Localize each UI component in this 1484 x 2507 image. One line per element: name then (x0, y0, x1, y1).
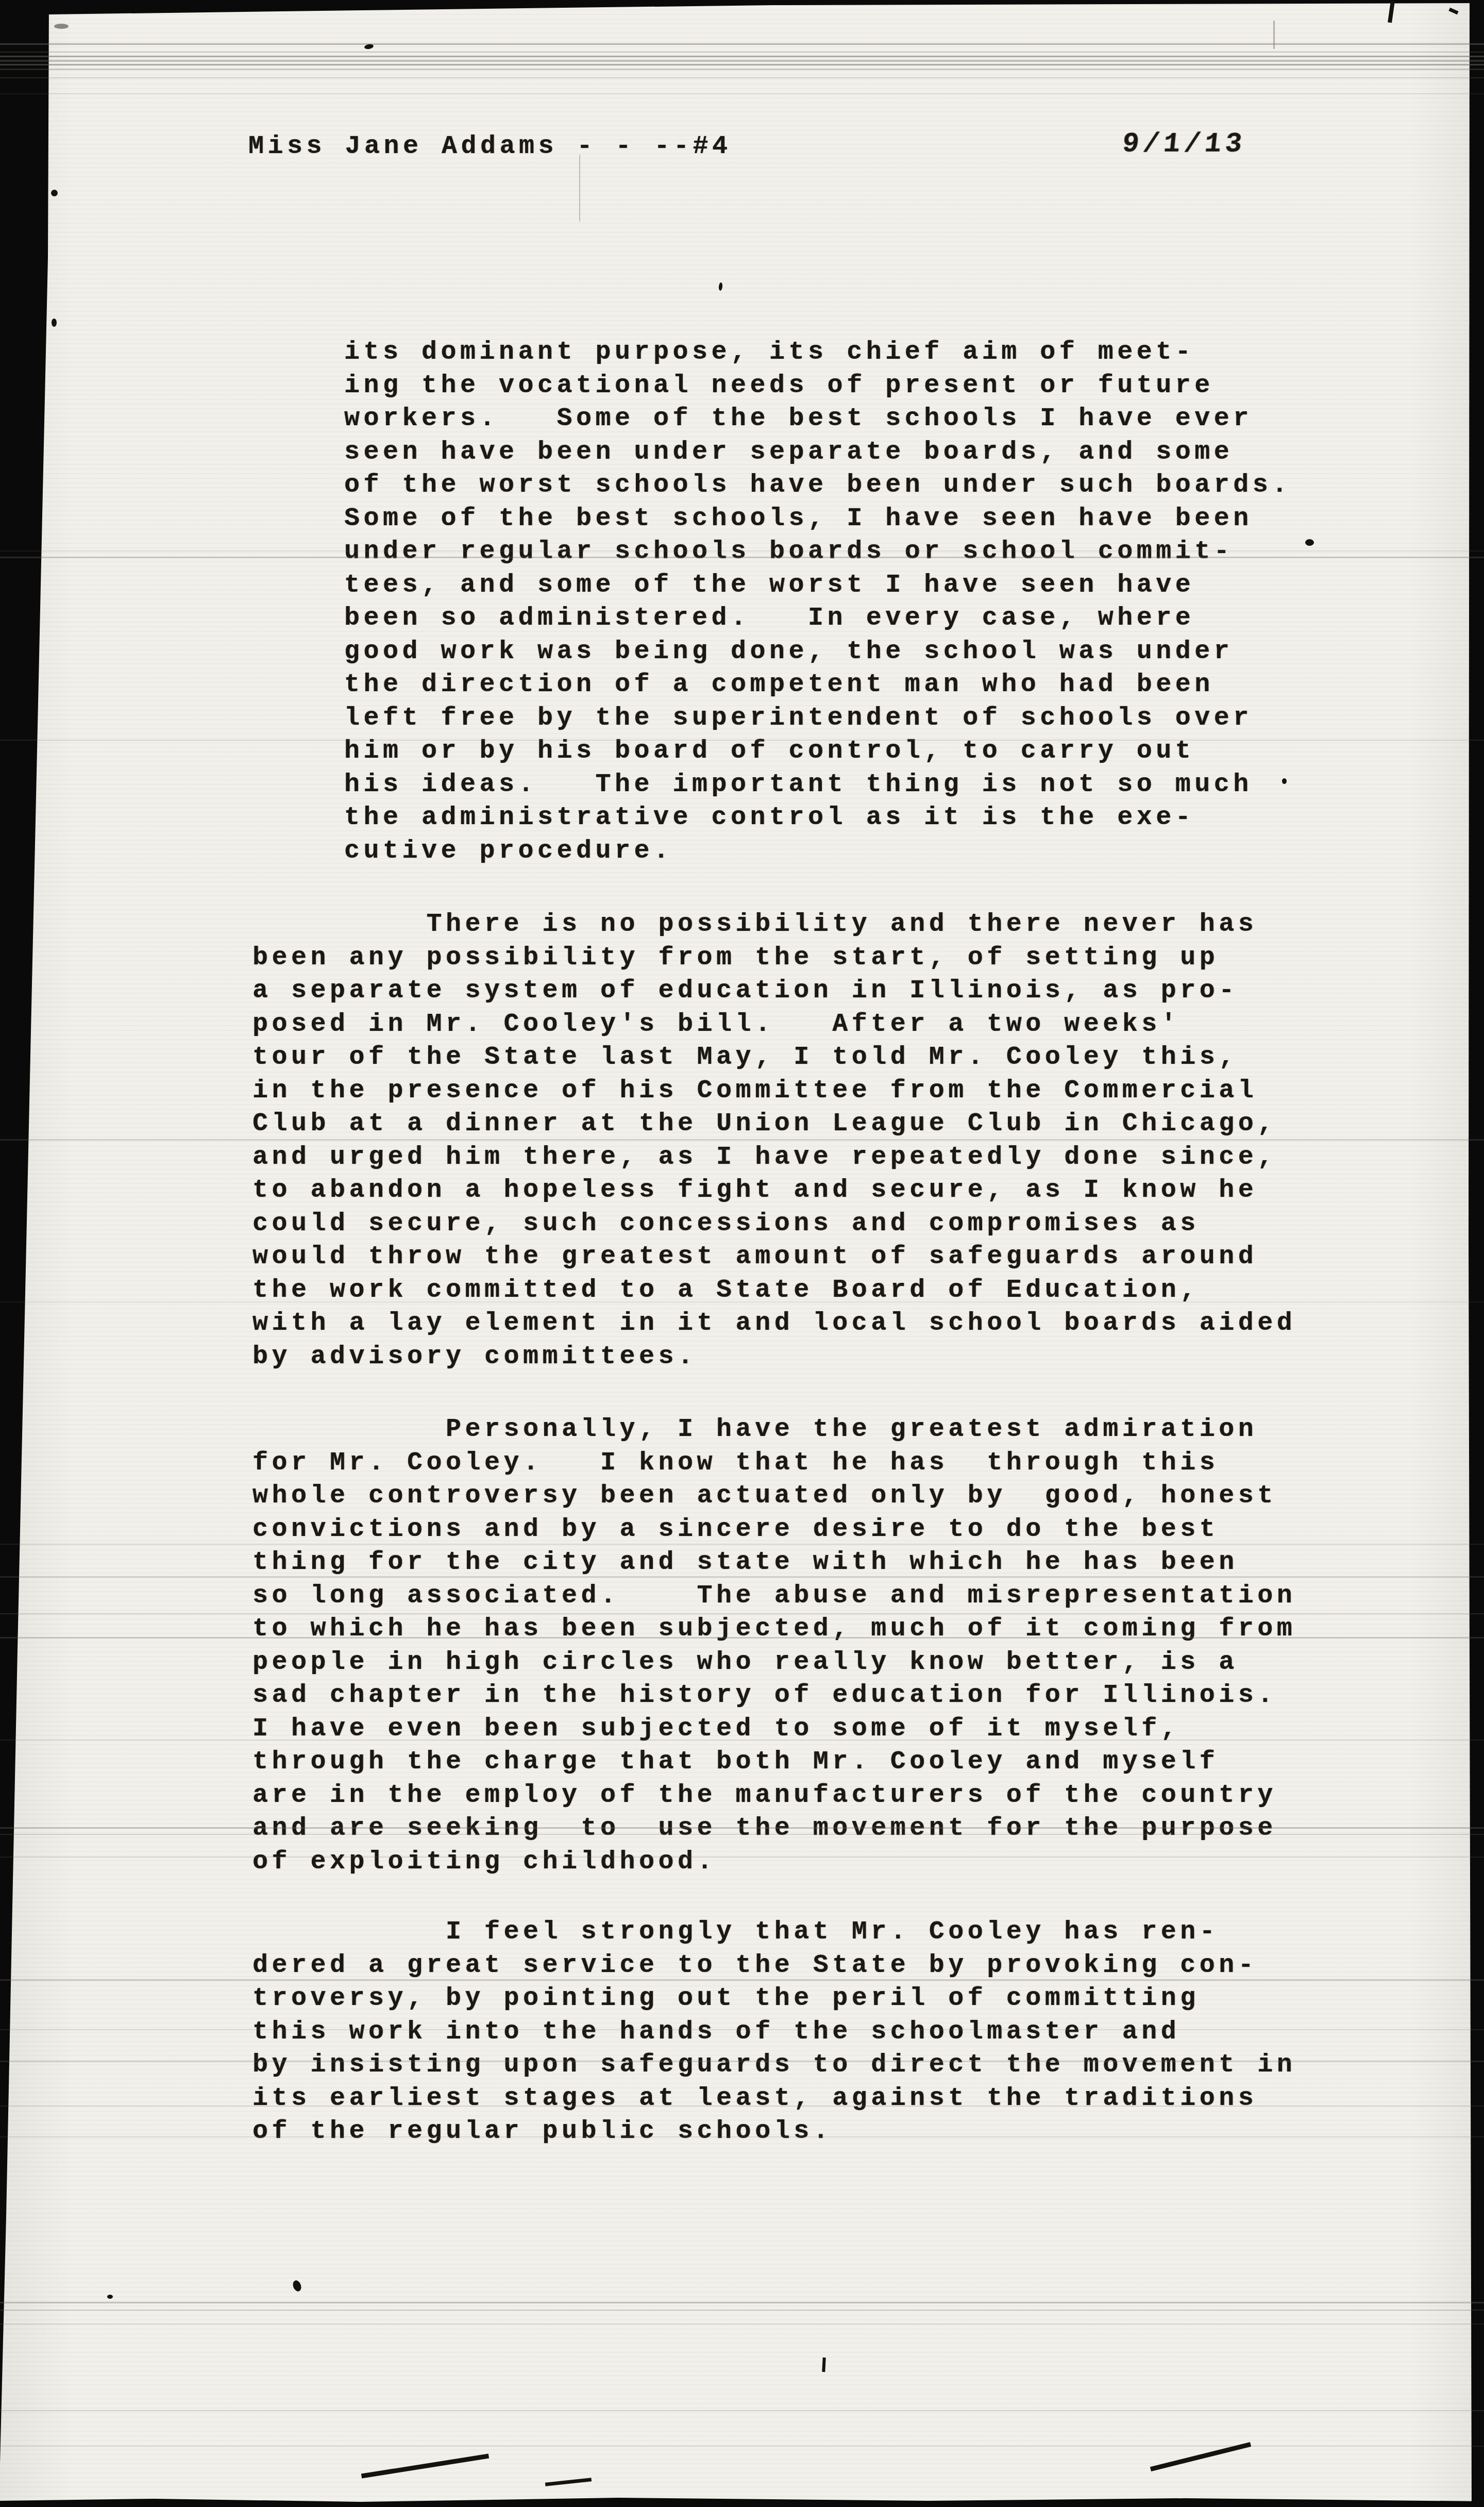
text-line: Club at a dinner at the Union League Clu… (252, 1108, 1296, 1141)
scan-border-bottom (0, 2497, 1484, 2507)
text-line: the administrative control as it is the … (344, 801, 1291, 835)
text-line: through the charge that both Mr. Cooley … (252, 1746, 1296, 1779)
scan-line (0, 64, 1484, 65)
ink-speck (1282, 778, 1287, 784)
scan-line (0, 2302, 1484, 2303)
text-line: workers. Some of the best schools I have… (344, 403, 1291, 436)
text-line: under regular schools boards or school c… (344, 536, 1291, 569)
scan-line (0, 2446, 1484, 2447)
scan-line (0, 52, 1484, 53)
text-line: and are seeking to use the movement for … (252, 1812, 1296, 1846)
scan-line (0, 77, 1484, 78)
text-line: its dominant purpose, its chief aim of m… (344, 336, 1291, 370)
paragraph-4: I feel strongly that Mr. Cooley has ren-… (252, 1916, 1296, 2149)
scan-line (0, 60, 1484, 62)
scan-line (0, 550, 1484, 551)
text-line: posed in Mr. Cooley's bill. After a two … (252, 1008, 1296, 1042)
scan-border-top (0, 0, 1484, 16)
text-line: his ideas. The important thing is not so… (344, 768, 1291, 802)
scan-line (0, 1544, 1484, 1545)
scan-line (0, 1301, 1484, 1302)
text-line: There is no possibility and there never … (252, 908, 1296, 942)
scan-line (0, 2105, 1484, 2107)
text-line: by insisting upon safeguards to direct t… (252, 2049, 1296, 2082)
text-line: and urged him there, as I have repeatedl… (252, 1141, 1296, 1175)
text-line: troversy, by pointing out the peril of c… (252, 1982, 1296, 2016)
scan-line (0, 1827, 1484, 1829)
text-line: tour of the State last May, I told Mr. C… (252, 1041, 1296, 1075)
scan-line (0, 1740, 1484, 1741)
text-line: this work into the hands of the schoolma… (252, 2016, 1296, 2049)
text-line: to abandon a hopeless fight and secure, … (252, 1174, 1296, 1208)
scan-line (0, 2410, 1484, 2411)
text-line: to which he has been subjected, much of … (252, 1613, 1296, 1646)
text-line: thing for the city and state with which … (252, 1546, 1296, 1580)
scan-line (0, 1613, 1484, 1614)
text-line: ing the vocational needs of present or f… (344, 370, 1291, 403)
text-line: been any possibility from the start, of … (252, 942, 1296, 975)
ink-speck (1305, 539, 1314, 546)
text-line: its earliest stages at least, against th… (252, 2082, 1296, 2116)
scratch-mark (1273, 21, 1275, 49)
text-line: been so administered. In every case, whe… (344, 602, 1291, 636)
scan-line (0, 557, 1484, 558)
text-line: could secure, such concessions and compr… (252, 1208, 1296, 1241)
scan-line (0, 2136, 1484, 2137)
ink-mark (822, 2358, 825, 2372)
text-line: good work was being done, the school was… (344, 636, 1291, 669)
text-line: sad chapter in the history of education … (252, 1679, 1296, 1713)
scan-border-right (1463, 0, 1484, 2507)
text-line: people in high circles who really know b… (252, 1646, 1296, 1680)
scratch-mark (579, 155, 580, 222)
paragraph-2: There is no possibility and there never … (252, 908, 1296, 1374)
ink-mark (1388, 1, 1395, 23)
text-line: left free by the superintendent of schoo… (344, 702, 1291, 736)
text-line: whole controversy been actuated only by … (252, 1480, 1296, 1513)
text-line: of exploiting childhood. (252, 1846, 1296, 1879)
header-date: 9/1/13 (1121, 128, 1247, 162)
text-line: Personally, I have the greatest admirati… (252, 1413, 1296, 1447)
text-line: Some of the best schools, I have seen ha… (344, 503, 1291, 536)
scan-line (0, 1979, 1484, 1981)
scan-line (0, 740, 1484, 741)
paragraph-1: its dominant purpose, its chief aim of m… (344, 336, 1291, 868)
ink-mark (1448, 8, 1458, 15)
text-line: of the worst schools have been under suc… (344, 469, 1291, 503)
scan-line (0, 69, 1484, 70)
scan-line (0, 1857, 1484, 1858)
text-line: tees, and some of the worst I have seen … (344, 569, 1291, 603)
ink-speck (292, 2279, 303, 2293)
text-line: convictions and by a sincere desire to d… (252, 1513, 1296, 1547)
scan-line (0, 2324, 1484, 2325)
paragraph-3: Personally, I have the greatest admirati… (252, 1413, 1296, 1879)
scan-line (0, 1139, 1484, 1141)
scan-line (0, 1637, 1484, 1639)
scan-line (0, 93, 1484, 94)
scan-line (0, 2061, 1484, 2062)
ink-speck (52, 319, 57, 327)
text-line: of the regular public schools. (252, 2115, 1296, 2149)
text-line: the direction of a competent man who had… (344, 668, 1291, 702)
text-line: so long associated. The abuse and misrep… (252, 1580, 1296, 1613)
ink-speck (718, 282, 723, 291)
ink-speck (107, 2295, 113, 2299)
text-line: I have even been subjected to some of it… (252, 1713, 1296, 1746)
text-line: seen have been under separate boards, an… (344, 436, 1291, 470)
text-line: for Mr. Cooley. I know that he has throu… (252, 1447, 1296, 1480)
text-line: would throw the greatest amount of safeg… (252, 1241, 1296, 1274)
scan-line (0, 2310, 1484, 2311)
ink-smudge (545, 2478, 592, 2486)
text-line: are in the employ of the manufacturers o… (252, 1779, 1296, 1813)
text-line: by advisory committees. (252, 1341, 1296, 1374)
text-line: dered a great service to the State by pr… (252, 1949, 1296, 1983)
scan-border-left (0, 0, 52, 2507)
scanned-document-page: Miss Jane Addams - - --#4 9/1/13 its dom… (0, 0, 1484, 2507)
text-line: a separate system of education in Illino… (252, 975, 1296, 1008)
scan-line (0, 2029, 1484, 2030)
ink-smudge (361, 2454, 489, 2479)
scan-line (0, 56, 1484, 57)
header-title: Miss Jane Addams - - --#4 (248, 130, 732, 164)
ink-smudge (54, 24, 69, 29)
scan-line (0, 43, 1484, 45)
text-line: cutive procedure. (344, 835, 1291, 868)
text-line: I feel strongly that Mr. Cooley has ren- (252, 1916, 1296, 1949)
scan-line (0, 1576, 1484, 1578)
scan-line (0, 1834, 1484, 1835)
ink-speck (51, 190, 58, 196)
text-line: in the presence of his Committee from th… (252, 1075, 1296, 1108)
text-line: with a lay element in it and local schoo… (252, 1307, 1296, 1341)
